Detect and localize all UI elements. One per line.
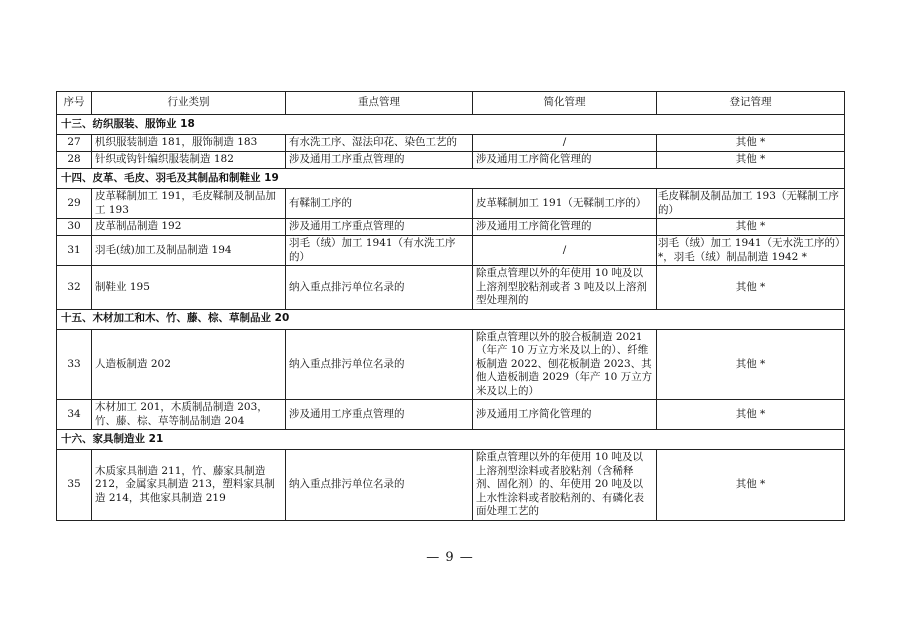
serial-no: 30 <box>57 219 92 236</box>
industry-category: 木材加工 201，木质制品制造 203，竹、藤、棕、草等制品制造 204 <box>92 400 286 430</box>
simplified-management: 涉及通用工序简化管理的 <box>473 152 657 169</box>
registration-management: 其他 * <box>657 266 845 310</box>
industry-category: 机织服装制造 181，服饰制造 183 <box>92 135 286 152</box>
simplified-management: 除重点管理以外的年使用 10 吨及以上溶剂型胶粘剂或者 3 吨及以上溶剂型处理剂… <box>473 266 657 310</box>
registration-management: 其他 * <box>657 135 845 152</box>
section-title: 十五、木材加工和木、竹、藤、棕、草制品业 20 <box>57 309 845 329</box>
registration-management: 其他 * <box>657 450 845 521</box>
section-row: 十六、家具制造业 21 <box>57 430 845 450</box>
serial-no: 28 <box>57 152 92 169</box>
table-row: 34 木材加工 201，木质制品制造 203，竹、藤、棕、草等制品制造 204 … <box>57 400 845 430</box>
registration-management: 羽毛（绒）加工 1941（无水洗工序的）*，羽毛（绒）制品制造 1942 * <box>657 236 845 266</box>
key-management: 有水洗工序、湿法印花、染色工艺的 <box>286 135 473 152</box>
serial-no: 27 <box>57 135 92 152</box>
industry-classification-table: 序号 行业类别 重点管理 简化管理 登记管理 十三、纺织服装、服饰业 18 27… <box>56 91 845 521</box>
key-management: 纳入重点排污单位名录的 <box>286 329 473 400</box>
document-page: 序号 行业类别 重点管理 简化管理 登记管理 十三、纺织服装、服饰业 18 27… <box>0 0 900 636</box>
table-row: 33 人造板制造 202 纳入重点排污单位名录的 除重点管理以外的胶合板制造 2… <box>57 329 845 400</box>
simplified-management: / <box>473 236 657 266</box>
key-management: 涉及通用工序重点管理的 <box>286 219 473 236</box>
industry-category: 针织或钩针编织服装制造 182 <box>92 152 286 169</box>
table-header-row: 序号 行业类别 重点管理 简化管理 登记管理 <box>57 92 845 115</box>
registration-management: 其他 * <box>657 219 845 236</box>
section-title: 十四、皮革、毛皮、羽毛及其制品和制鞋业 19 <box>57 169 845 189</box>
industry-category: 羽毛(绒)加工及制品制造 194 <box>92 236 286 266</box>
industry-category: 皮革制品制造 192 <box>92 219 286 236</box>
registration-management: 其他 * <box>657 329 845 400</box>
table-row: 30 皮革制品制造 192 涉及通用工序重点管理的 涉及通用工序简化管理的 其他… <box>57 219 845 236</box>
industry-category: 制鞋业 195 <box>92 266 286 310</box>
simplified-management: / <box>473 135 657 152</box>
serial-no: 33 <box>57 329 92 400</box>
serial-no: 31 <box>57 236 92 266</box>
table-row: 31 羽毛(绒)加工及制品制造 194 羽毛（绒）加工 1941（有水洗工序的）… <box>57 236 845 266</box>
table-row: 27 机织服装制造 181，服饰制造 183 有水洗工序、湿法印花、染色工艺的 … <box>57 135 845 152</box>
simplified-management: 除重点管理以外的年使用 10 吨及以上溶剂型涂料或者胶粘剂（含稀释剂、固化剂）的… <box>473 450 657 521</box>
serial-no: 29 <box>57 189 92 219</box>
section-row: 十五、木材加工和木、竹、藤、棕、草制品业 20 <box>57 309 845 329</box>
registration-management: 毛皮鞣制及制品加工 193（无鞣制工序的） <box>657 189 845 219</box>
table-row: 35 木质家具制造 211，竹、藤家具制造 212，金属家具制造 213，塑料家… <box>57 450 845 521</box>
simplified-management: 涉及通用工序简化管理的 <box>473 219 657 236</box>
page-number: — 9 — <box>0 550 900 565</box>
serial-no: 35 <box>57 450 92 521</box>
registration-management: 其他 * <box>657 152 845 169</box>
key-management: 有鞣制工序的 <box>286 189 473 219</box>
section-title: 十六、家具制造业 21 <box>57 430 845 450</box>
header-industry-category: 行业类别 <box>92 92 286 115</box>
simplified-management: 皮革鞣制加工 191（无鞣制工序的） <box>473 189 657 219</box>
section-row: 十三、纺织服装、服饰业 18 <box>57 115 845 135</box>
serial-no: 34 <box>57 400 92 430</box>
table-row: 28 针织或钩针编织服装制造 182 涉及通用工序重点管理的 涉及通用工序简化管… <box>57 152 845 169</box>
section-title: 十三、纺织服装、服饰业 18 <box>57 115 845 135</box>
key-management: 纳入重点排污单位名录的 <box>286 450 473 521</box>
header-simplified-management: 简化管理 <box>473 92 657 115</box>
header-registration-management: 登记管理 <box>657 92 845 115</box>
simplified-management: 涉及通用工序简化管理的 <box>473 400 657 430</box>
section-row: 十四、皮革、毛皮、羽毛及其制品和制鞋业 19 <box>57 169 845 189</box>
key-management: 纳入重点排污单位名录的 <box>286 266 473 310</box>
table-row: 29 皮革鞣制加工 191，毛皮鞣制及制品加工 193 有鞣制工序的 皮革鞣制加… <box>57 189 845 219</box>
industry-category: 人造板制造 202 <box>92 329 286 400</box>
key-management: 涉及通用工序重点管理的 <box>286 152 473 169</box>
serial-no: 32 <box>57 266 92 310</box>
simplified-management: 除重点管理以外的胶合板制造 2021（年产 10 万立方米及以上的）、纤维板制造… <box>473 329 657 400</box>
key-management: 涉及通用工序重点管理的 <box>286 400 473 430</box>
industry-category: 木质家具制造 211，竹、藤家具制造 212，金属家具制造 213，塑料家具制造… <box>92 450 286 521</box>
header-serial-no: 序号 <box>57 92 92 115</box>
industry-category: 皮革鞣制加工 191，毛皮鞣制及制品加工 193 <box>92 189 286 219</box>
key-management: 羽毛（绒）加工 1941（有水洗工序的） <box>286 236 473 266</box>
registration-management: 其他 * <box>657 400 845 430</box>
header-key-management: 重点管理 <box>286 92 473 115</box>
table-row: 32 制鞋业 195 纳入重点排污单位名录的 除重点管理以外的年使用 10 吨及… <box>57 266 845 310</box>
